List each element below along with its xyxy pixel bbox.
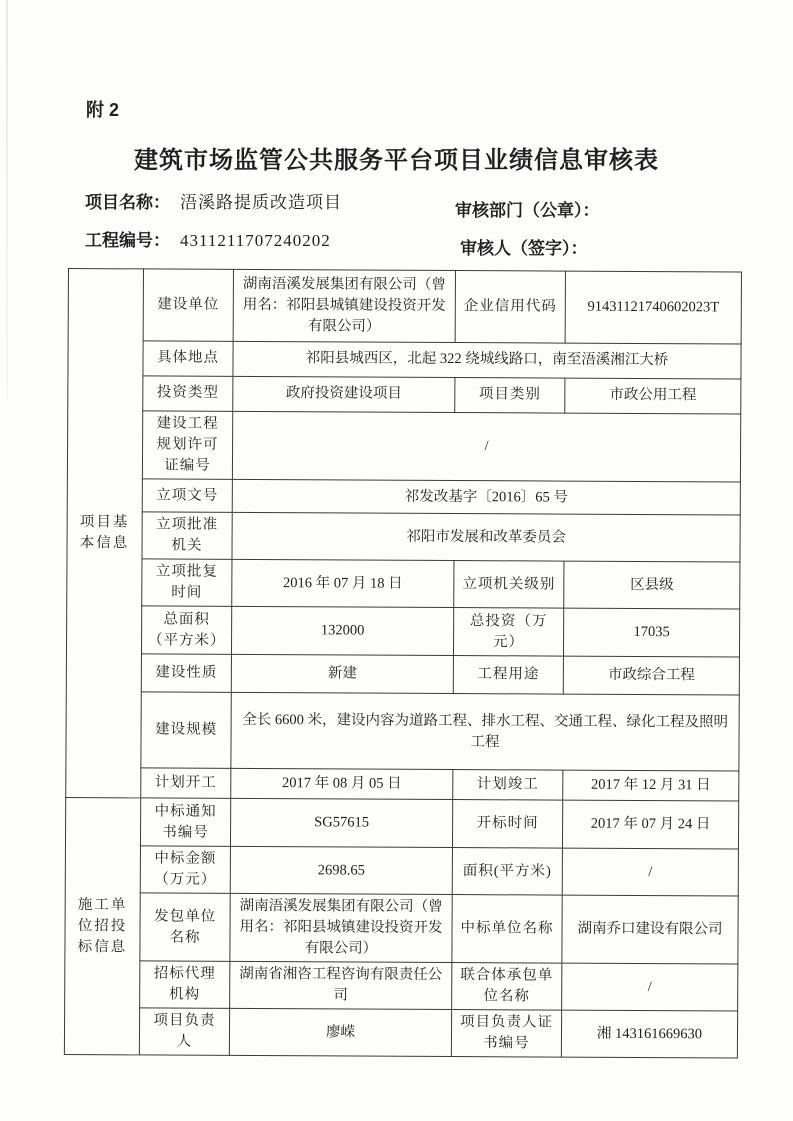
field-value-planned-start: 2017 年 08 月 05 日 <box>231 768 453 799</box>
field-label-bid-opening-date: 开标时间 <box>452 800 562 849</box>
field-value-construction-nature: 新建 <box>231 654 453 693</box>
project-code-value: 4311211707240202 <box>170 231 331 250</box>
table-row-construction-nature: 建设性质 新建 工程用途 市政综合工程 <box>66 654 739 696</box>
field-label-planning-permit: 建设工程规划许可证编号 <box>142 411 232 480</box>
table-row-award-notice: 施工单位招投标信息 中标通知书编号 SG57615 开标时间 2017 年 07… <box>65 798 738 850</box>
table-row-investment-type: 投资类型 政府投资建设项目 项目类别 市政公用工程 <box>68 376 741 415</box>
project-name-label: 项目名称： <box>85 193 170 212</box>
field-label-construction-nature: 建设性质 <box>141 654 231 692</box>
field-value-authority-level: 区县级 <box>564 561 740 609</box>
table-row-bidding-agency: 招标代理机构 湖南省湘咨工程咨询有限责任公司 联合体承包单位名称 / <box>65 961 738 1012</box>
table-row-approval-date: 立项批复时间 2016 年 07 月 18 日 立项机关级别 区县级 <box>67 559 740 610</box>
review-form-table: 项目基本信息 建设单位 湖南浯溪发展集团有限公司（曾用名：祁阳县城镇建设投资开发… <box>64 268 742 1059</box>
field-value-construction-unit: 湖南浯溪发展集团有限公司（曾用名：祁阳县城镇建设投资开发有限公司） <box>233 269 455 342</box>
field-value-manager-cert-no: 湘 143161669630 <box>561 1010 737 1058</box>
field-value-area: / <box>562 848 738 896</box>
field-label-award-notice: 中标通知书编号 <box>140 798 230 846</box>
table-row-planning-permit: 建设工程规划许可证编号 / <box>67 411 740 483</box>
table-row-construction-unit: 项目基本信息 建设单位 湖南浯溪发展集团有限公司（曾用名：祁阳县城镇建设投资开发… <box>68 269 741 345</box>
project-name-line: 项目名称：浯溪路提质改造项目 <box>85 188 342 213</box>
field-label-authority-level: 立项机关级别 <box>454 561 564 609</box>
reviewer-label: 审核人（签字）： <box>460 234 588 259</box>
field-value-consortium-unit: / <box>562 963 738 1011</box>
table-row-location: 具体地点 祁阳县城西区，北起 322 绕城线路口，南至浯溪湘江大桥 <box>68 341 741 380</box>
field-value-award-amount: 2698.65 <box>230 846 452 894</box>
scanned-page: 附 2 建筑市场监管公共服务平台项目业绩信息审核表 项目名称：浯溪路提质改造项目… <box>0 0 793 1121</box>
field-label-winning-unit: 中标单位名称 <box>452 895 562 964</box>
field-label-bidding-agency: 招标代理机构 <box>140 961 230 1009</box>
table-row-project-manager: 项目负责人 廖嵘 项目负责人证书编号 湘 143161669630 <box>64 1008 737 1059</box>
field-label-planned-completion: 计划竣工 <box>453 770 563 801</box>
field-value-planned-completion: 2017 年 12 月 31 日 <box>563 770 739 801</box>
table-row-planned-start: 计划开工 2017 年 08 月 05 日 计划竣工 2017 年 12 月 3… <box>66 768 739 802</box>
review-dept-label: 审核部门（公章）： <box>455 196 600 221</box>
scan-edge-artifact <box>6 0 8 400</box>
table-row-approval-doc: 立项文号 祁发改基字〔2016〕65 号 <box>67 479 740 516</box>
field-value-construction-scale: 全长 6600 米，建设内容为道路工程、排水工程、交通工程、绿化工程及照明工程 <box>231 692 739 771</box>
field-label-planned-start: 计划开工 <box>141 768 231 798</box>
field-value-project-category: 市政公用工程 <box>565 378 741 414</box>
section-header-basic-info: 项目基本信息 <box>66 269 144 798</box>
field-value-project-use: 市政综合工程 <box>563 656 739 695</box>
field-label-project-use: 工程用途 <box>453 656 563 695</box>
attachment-label: 附 2 <box>86 96 119 122</box>
field-label-approval-doc: 立项文号 <box>142 479 232 512</box>
field-value-winning-unit: 湖南乔口建设有限公司 <box>562 895 738 964</box>
project-name-value: 浯溪路提质改造项目 <box>170 193 342 212</box>
field-label-project-category: 项目类别 <box>455 378 565 414</box>
field-label-area: 面积(平方米) <box>452 848 562 896</box>
table-row-award-amount: 中标金额（万元） 2698.65 面积(平方米) / <box>65 846 738 897</box>
table-row-construction-scale: 建设规模 全长 6600 米，建设内容为道路工程、排水工程、交通工程、绿化工程及… <box>66 692 739 772</box>
field-value-project-manager: 廖嵘 <box>229 1009 451 1057</box>
field-value-bid-opening-date: 2017 年 07 月 24 日 <box>562 800 738 849</box>
field-label-project-manager: 项目负责人 <box>139 1008 229 1056</box>
field-label-tendering-unit: 发包单位名称 <box>140 893 230 962</box>
field-label-construction-scale: 建设规模 <box>141 692 231 768</box>
field-value-credit-code: 91431121740602023T <box>565 271 741 344</box>
field-label-approval-date: 立项批复时间 <box>142 559 232 607</box>
field-label-award-amount: 中标金额（万元） <box>140 846 230 894</box>
field-label-manager-cert-no: 项目负责人证书编号 <box>451 1010 561 1058</box>
field-label-investment-type: 投资类型 <box>143 376 233 411</box>
field-value-planning-permit: / <box>232 411 740 482</box>
field-value-approval-authority: 祁阳市发展和改革委员会 <box>232 512 740 562</box>
field-value-award-notice: SG57615 <box>230 798 452 847</box>
field-value-approval-date: 2016 年 07 月 18 日 <box>232 559 454 607</box>
field-label-credit-code: 企业信用代码 <box>455 271 565 344</box>
page-title: 建筑市场监管公共服务平台项目业绩信息审核表 <box>0 140 793 175</box>
field-label-construction-unit: 建设单位 <box>143 269 233 341</box>
field-label-consortium-unit: 联合体承包单位名称 <box>452 963 562 1011</box>
field-label-total-area: 总面积（平方米） <box>141 606 231 654</box>
table-row-total-area: 总面积（平方米） 132000 总投资（万元） 17035 <box>66 606 739 658</box>
field-value-approval-doc: 祁发改基字〔2016〕65 号 <box>232 479 740 515</box>
project-code-label: 工程编号： <box>85 231 170 250</box>
table-row-approval-authority: 立项批准机关 祁阳市发展和改革委员会 <box>67 512 740 563</box>
table-row-tendering-unit: 发包单位名称 湖南浯溪发展集团有限公司（曾用名：祁阳县城镇建设投资开发有限公司）… <box>65 893 738 965</box>
field-label-total-investment: 总投资（万元） <box>453 608 563 657</box>
field-value-total-investment: 17035 <box>563 608 739 657</box>
field-value-location: 祁阳县城西区，北起 322 绕城线路口，南至浯溪湘江大桥 <box>233 341 741 379</box>
field-value-investment-type: 政府投资建设项目 <box>233 376 455 412</box>
field-value-tendering-unit: 湖南浯溪发展集团有限公司（曾用名：祁阳县城镇建设投资开发有限公司） <box>230 893 452 962</box>
project-code-line: 工程编号：4311211707240202 <box>85 226 331 251</box>
field-value-bidding-agency: 湖南省湘咨工程咨询有限责任公司 <box>230 962 452 1010</box>
field-label-approval-authority: 立项批准机关 <box>142 512 232 560</box>
field-value-total-area: 132000 <box>231 606 453 655</box>
section-header-bidding-info: 施工单位招投标信息 <box>64 798 140 1056</box>
field-label-location: 具体地点 <box>143 341 233 376</box>
